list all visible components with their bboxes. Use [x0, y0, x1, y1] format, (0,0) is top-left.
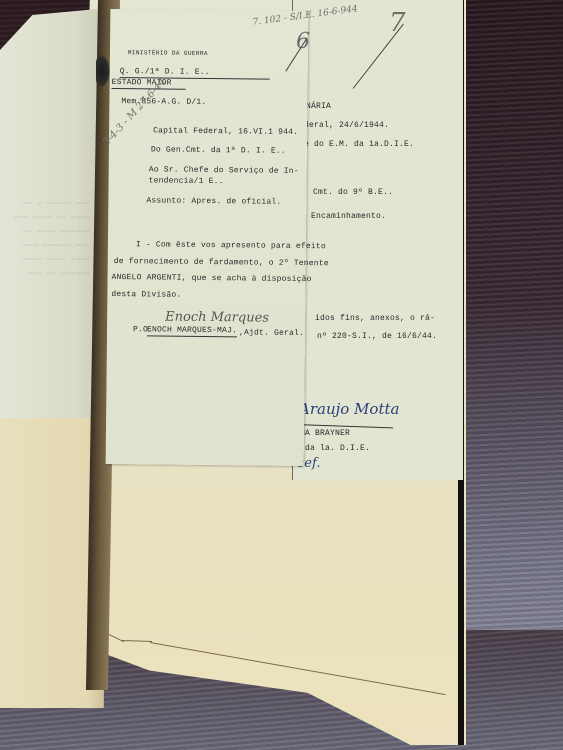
from-line: Do Gen.Cmt. da 1ª D. I. E.. [151, 145, 286, 155]
memo-slip: 7. 102 - S/I.E. 16-6-944 6 MINISTÉRIO DA… [106, 9, 309, 466]
from-fragment: fe do E.M. da 1a.D.I.E. [299, 140, 414, 149]
subject-fragment: Encaminhamento. [311, 212, 386, 221]
signatory-name: ENOCH MARQUES-MAJ. [147, 325, 237, 335]
staff-header: ESTADO MAIOR [112, 78, 186, 88]
paper-crack [122, 640, 152, 642]
role-fragment: . da la. D.I.E. [295, 444, 370, 453]
body-line-2: de fornecimento de fardamento, o 2º Tene… [114, 257, 329, 268]
to-line-1: Ao Sr. Chefe do Serviço de In- [149, 165, 299, 176]
bleed-through-text: ~~~ ~~~~~ ~ ~~~~~~ ~~ ~~~~ ~~~~~~~~~ ~~~… [10, 198, 90, 282]
date-fragment: ederal, 24/6/1944. [299, 121, 389, 130]
to-line-2: tendencia/1 E.. [149, 176, 224, 186]
body-line-3: ANGELO ARGENTI, que se acha à disposição [112, 273, 312, 284]
underlying-document: 7 ONÁRIA ederal, 24/6/1944. fe do E.M. d… [292, 0, 463, 480]
body-line-1: I - Com êste vos apresento para efeito [136, 240, 326, 251]
body-line-1: idos fins, anexos, o rá- [315, 314, 435, 323]
signatory-role: ,Ajdt. Geral. [239, 328, 304, 338]
subject-line: Assunto: Apres. de oficial. [146, 196, 281, 206]
coat-of-arms-icon [96, 55, 110, 87]
body-line-2: nº 220-S.I., de 16/6/44. [317, 332, 437, 341]
signatory-name-text: ENOCH MARQUES-MAJ. [147, 325, 237, 337]
body-line-4: desta Divisão. [111, 290, 181, 300]
folio-slash [353, 24, 404, 89]
handwritten-signature: Enoch Marques [165, 310, 269, 326]
handwritten-signature: Araujo Motta [299, 400, 399, 418]
to-fragment: Cmt. do 9º B.E.. [313, 188, 393, 197]
ministry-header: MINISTÉRIO DA GUERRA [128, 49, 208, 57]
date-line: Capital Federal, 16.VI.1 944. [153, 126, 298, 137]
unit-header: Q. G./1ª D. I. E.. [120, 67, 270, 78]
signature-line [295, 424, 393, 428]
